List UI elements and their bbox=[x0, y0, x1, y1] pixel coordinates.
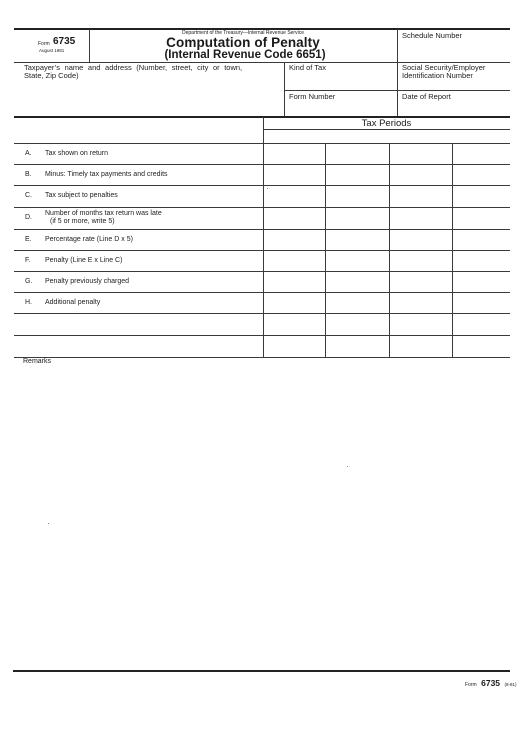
tax-periods-label: Tax Periods bbox=[263, 118, 510, 129]
line-label: Tax shown on return bbox=[45, 150, 108, 158]
line-label: Penalty (Line E x Line C) bbox=[45, 257, 122, 265]
tax-period-value-cell[interactable] bbox=[326, 207, 389, 229]
tax-period-value-cell[interactable] bbox=[390, 164, 452, 185]
table-row: G.Penalty previously charged bbox=[14, 271, 510, 292]
tax-period-value-cell[interactable] bbox=[264, 250, 325, 271]
tax-period-value-cell[interactable] bbox=[326, 335, 389, 357]
tax-period-value-cell[interactable] bbox=[453, 292, 510, 313]
tax-period-value-cell[interactable] bbox=[264, 313, 325, 335]
tax-period-value-cell[interactable] bbox=[453, 335, 510, 357]
tax-period-value-cell[interactable] bbox=[453, 207, 510, 229]
scan-speck bbox=[267, 188, 268, 189]
scan-speck bbox=[347, 466, 348, 467]
remarks-field[interactable]: Remarks bbox=[14, 358, 510, 663]
line-letter: B. bbox=[25, 171, 32, 178]
tax-period-header-cell[interactable] bbox=[326, 130, 389, 143]
tax-period-header-cell[interactable] bbox=[453, 130, 510, 143]
tax-period-value-cell[interactable] bbox=[326, 313, 389, 335]
tax-period-value-cell[interactable] bbox=[453, 185, 510, 207]
tax-period-value-cell[interactable] bbox=[390, 229, 452, 250]
tax-period-header-cell[interactable] bbox=[390, 130, 452, 143]
line-label: Additional penalty bbox=[45, 299, 100, 307]
tax-period-header-cell[interactable] bbox=[264, 130, 325, 143]
tax-period-value-cell[interactable] bbox=[390, 207, 452, 229]
tax-period-value-cell[interactable] bbox=[326, 185, 389, 207]
footer-form-label: Form bbox=[465, 682, 477, 688]
line-letter: G. bbox=[25, 278, 32, 285]
footer-form-number: 6735 bbox=[481, 678, 500, 688]
line-letter: C. bbox=[25, 192, 32, 199]
tax-period-value-cell[interactable] bbox=[264, 143, 325, 164]
table-row: H.Additional penalty bbox=[14, 292, 510, 313]
tax-period-value-cell[interactable] bbox=[453, 271, 510, 292]
tax-period-value-cell[interactable] bbox=[390, 335, 452, 357]
tax-period-value-cell[interactable] bbox=[390, 143, 452, 164]
tax-period-value-cell[interactable] bbox=[264, 185, 325, 207]
line-label: Penalty previously charged bbox=[45, 278, 129, 286]
scan-speck bbox=[48, 523, 49, 524]
tax-period-value-cell[interactable] bbox=[326, 229, 389, 250]
tax-period-value-cell[interactable] bbox=[326, 250, 389, 271]
tax-period-value-cell[interactable] bbox=[390, 292, 452, 313]
line-letter: E. bbox=[25, 236, 32, 243]
line-label: Number of months tax return was late bbox=[45, 210, 162, 218]
tax-period-value-cell[interactable] bbox=[264, 292, 325, 313]
tax-period-value-cell[interactable] bbox=[453, 164, 510, 185]
tax-period-column-divider bbox=[389, 143, 390, 357]
tax-period-value-cell[interactable] bbox=[326, 143, 389, 164]
tax-period-value-cell[interactable] bbox=[453, 250, 510, 271]
table-row: E.Percentage rate (Line D x 5) bbox=[14, 229, 510, 250]
footer-border bbox=[13, 670, 510, 672]
table-row: C.Tax subject to penalties bbox=[14, 185, 510, 207]
tax-period-value-cell[interactable] bbox=[264, 164, 325, 185]
table-row bbox=[14, 313, 510, 335]
tax-period-value-cell[interactable] bbox=[453, 229, 510, 250]
tax-period-value-cell[interactable] bbox=[264, 229, 325, 250]
tax-period-value-cell[interactable] bbox=[390, 250, 452, 271]
line-label: Tax subject to penalties bbox=[45, 192, 118, 200]
line-label: Minus: Timely tax payments and credits bbox=[45, 171, 168, 179]
line-letter: F. bbox=[25, 257, 30, 264]
line-letter: A. bbox=[25, 150, 32, 157]
footer-revision: (8-81) bbox=[505, 682, 517, 687]
tax-period-value-cell[interactable] bbox=[264, 207, 325, 229]
table-row: F.Penalty (Line E x Line C) bbox=[14, 250, 510, 271]
line-letter: D. bbox=[25, 214, 32, 221]
tax-period-column-divider bbox=[452, 143, 453, 357]
tax-period-value-cell[interactable] bbox=[390, 271, 452, 292]
tax-period-column-divider bbox=[325, 143, 326, 357]
line-label: Percentage rate (Line D x 5) bbox=[45, 236, 133, 244]
remarks-label: Remarks bbox=[23, 358, 51, 365]
tax-period-value-cell[interactable] bbox=[453, 313, 510, 335]
line-letter: H. bbox=[25, 299, 32, 306]
tax-period-value-cell[interactable] bbox=[326, 271, 389, 292]
tax-period-value-cell[interactable] bbox=[264, 271, 325, 292]
tax-period-value-cell[interactable] bbox=[326, 292, 389, 313]
table-row: D.Number of months tax return was late(i… bbox=[14, 207, 510, 229]
tax-period-value-cell[interactable] bbox=[326, 164, 389, 185]
tax-period-value-cell[interactable] bbox=[264, 335, 325, 357]
tax-period-value-cell[interactable] bbox=[390, 185, 452, 207]
tax-period-value-cell[interactable] bbox=[453, 143, 510, 164]
tax-period-value-cell[interactable] bbox=[390, 313, 452, 335]
table-row: B.Minus: Timely tax payments and credits bbox=[14, 164, 510, 185]
line-sublabel: (if 5 or more, write 5) bbox=[50, 218, 115, 226]
table-row: A.Tax shown on return bbox=[14, 143, 510, 164]
footer-form-id: Form 6735 (8-81) bbox=[465, 673, 517, 691]
table-row bbox=[14, 335, 510, 357]
